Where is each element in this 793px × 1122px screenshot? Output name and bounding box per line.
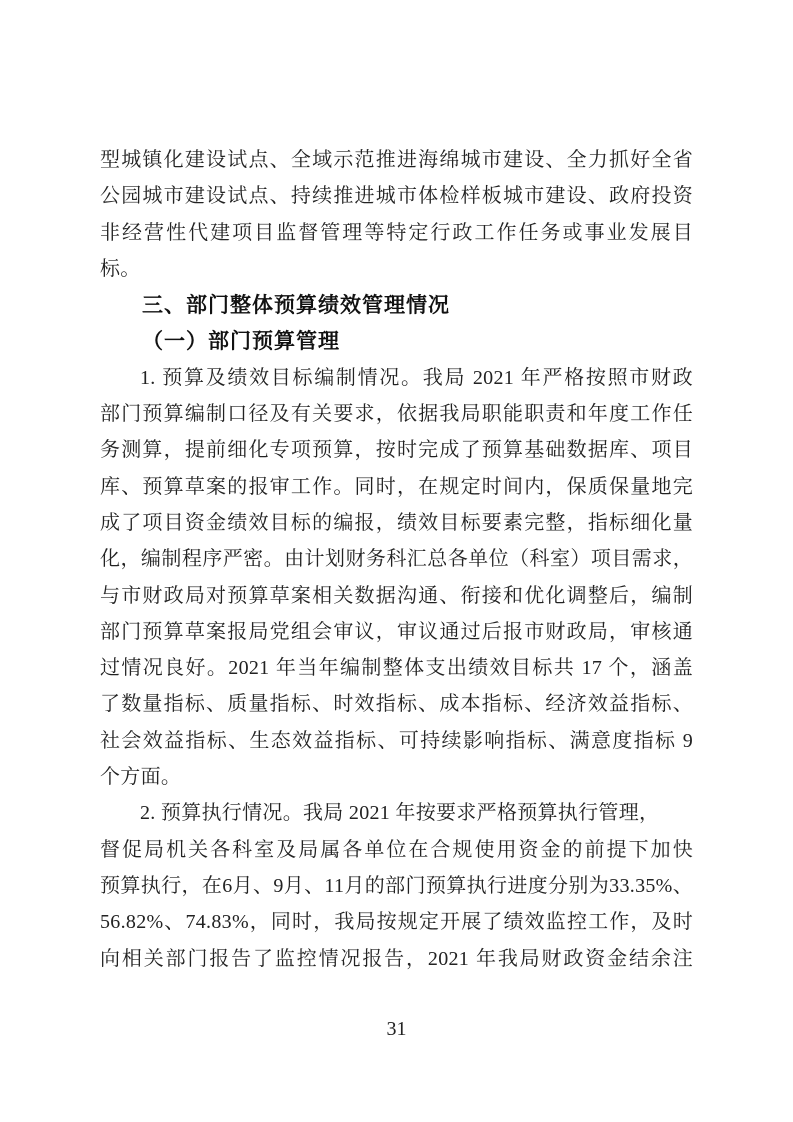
text-line: 非经营性代建项目监督管理等特定行政工作任务或事业发展目: [100, 215, 693, 251]
text-line: 社会效益指标、生态效益指标、可持续影响指标、满意度指标 9: [100, 723, 693, 759]
text-line: 成了项目资金绩效目标的编报，绩效目标要素完整，指标细化量: [100, 505, 693, 541]
text-line: 务测算，提前细化专项预算，按时完成了预算基础数据库、项目: [100, 432, 693, 468]
text-line: 预算执行，在6月、9月、11月的部门预算执行进度分别为33.35%、: [100, 868, 693, 904]
text-line: 标。: [100, 251, 693, 287]
text-line: 个方面。: [100, 759, 693, 795]
paragraph-budget-target-preparation: 1. 预算及绩效目标编制情况。我局 2021 年严格按照市财政部门预算编制口径及…: [100, 360, 693, 796]
text-line: 库、预算草案的报审工作。同时，在规定时间内，保质保量地完: [100, 469, 693, 505]
paragraph-budget-execution: 2. 预算执行情况。我局 2021 年按要求严格预算执行管理，督促局机关各科室及…: [100, 795, 693, 976]
paragraph-continuation: 型城镇化建设试点、全域示范推进海绵城市建设、全力抓好全省公园城市建设试点、持续推…: [100, 142, 693, 287]
text-line: 型城镇化建设试点、全域示范推进海绵城市建设、全力抓好全省: [100, 142, 693, 178]
text-line: 过情况良好。2021 年当年编制整体支出绩效目标共 17 个，涵盖: [100, 650, 693, 686]
text-line: 向相关部门报告了监控情况报告，2021 年我局财政资金结余注: [100, 941, 693, 977]
document-page: 型城镇化建设试点、全域示范推进海绵城市建设、全力抓好全省公园城市建设试点、持续推…: [0, 0, 793, 1122]
section-heading-level-2: （一）部门预算管理: [100, 323, 693, 359]
text-line: 2. 预算执行情况。我局 2021 年按要求严格预算执行管理，: [100, 795, 693, 831]
section-heading-level-1: 三、部门整体预算绩效管理情况: [100, 287, 693, 323]
text-line: 与市财政局对预算草案相关数据沟通、衔接和优化调整后，编制: [100, 578, 693, 614]
text-line: 56.82%、74.83%，同时，我局按规定开展了绩效监控工作，及时: [100, 904, 693, 940]
text-line: 督促局机关各科室及局属各单位在合规使用资金的前提下加快: [100, 832, 693, 868]
text-line: 部门预算编制口径及有关要求，依据我局职能职责和年度工作任: [100, 396, 693, 432]
document-body: 型城镇化建设试点、全域示范推进海绵城市建设、全力抓好全省公园城市建设试点、持续推…: [100, 142, 693, 977]
text-line: 公园城市建设试点、持续推进城市体检样板城市建设、政府投资: [100, 178, 693, 214]
text-line: 了数量指标、质量指标、时效指标、成本指标、经济效益指标、: [100, 686, 693, 722]
text-line: 部门预算草案报局党组会审议，审议通过后报市财政局，审核通: [100, 614, 693, 650]
text-line: 化，编制程序严密。由计划财务科汇总各单位（科室）项目需求，: [100, 541, 693, 577]
text-line: 1. 预算及绩效目标编制情况。我局 2021 年严格按照市财政: [100, 360, 693, 396]
page-number: 31: [0, 1018, 793, 1041]
